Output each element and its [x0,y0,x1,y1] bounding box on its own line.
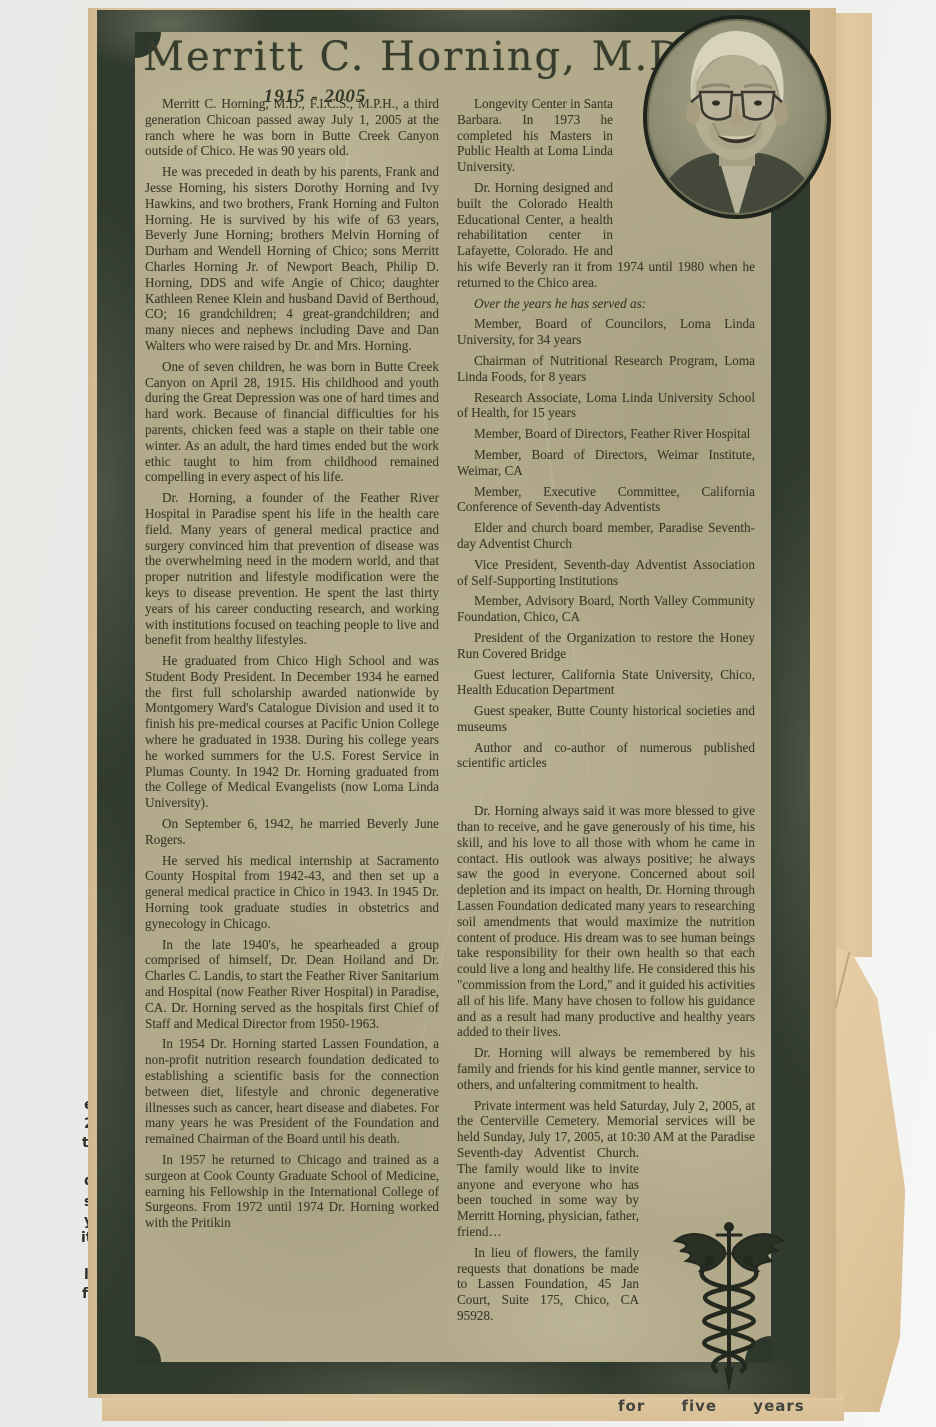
left-column: Merritt C. Horning, M.D., F.I.C.S., M.P.… [145,96,439,1236]
service-item: Member, Board of Directors, Weimar Insti… [457,447,755,479]
service-item: Member, Board of Directors, Feather Rive… [457,426,755,442]
backing-paper-fold [826,948,912,1412]
obituary-paragraph: In 1957 he returned to Chicago and train… [145,1152,439,1231]
obituary-paragraph: He served his medical internship at Sacr… [145,853,439,932]
service-item: Guest speaker, Butte County historical s… [457,703,755,735]
page-title: Merritt C. Horning, M.D. [143,34,663,80]
service-item: Chairman of Nutritional Research Program… [457,353,755,385]
service-item: Vice President, Seventh-day Adventist As… [457,557,755,589]
obituary-paragraph: Merritt C. Horning, M.D., F.I.C.S., M.P.… [145,96,439,159]
obituary-paragraph: Dr. Horning always said it was more bles… [457,803,755,1040]
service-item: Member, Board of Councilors, Loma Linda … [457,316,755,348]
served-as-heading: Over the years he has served as: [457,296,755,312]
service-item: Member, Advisory Board, North Valley Com… [457,593,755,625]
obituary-paragraph: One of seven children, he was born in Bu… [145,359,439,485]
obituary-paragraph: Private interment was held Saturday, Jul… [457,1098,755,1240]
service-item: Research Associate, Loma Linda Universit… [457,390,755,422]
portrait-photo-graphic [640,14,834,220]
service-item: President of the Organization to restore… [457,630,755,662]
scanned-obituary-page: { "page": { "clipping": { "title": "Merr… [0,0,936,1427]
obituary-clipping: Merritt C. Horning, M.D. 1915 - 2005 Mer… [88,8,836,1398]
portrait-photo [640,14,834,220]
backing-paper-strip [833,13,872,957]
masthead: Merritt C. Horning, M.D. [143,34,663,80]
right-column: Longevity Center in Santa Barbara. In 19… [457,96,755,1329]
obituary-paragraph: In 1954 Dr. Horning started Lassen Found… [145,1036,439,1147]
obituary-paragraph: Dr. Horning will always be remembered by… [457,1045,755,1092]
clipping-panel: Merritt C. Horning, M.D. 1915 - 2005 Mer… [135,32,771,1362]
service-item: Elder and church board member, Paradise … [457,520,755,552]
obituary-paragraph: In the late 1940's, he spearheaded a gro… [145,937,439,1032]
obituary-paragraph: Dr. Horning, a founder of the Feather Ri… [145,490,439,648]
caduceus-icon [670,1220,788,1392]
service-item: Member, Executive Committee, California … [457,484,755,516]
caduceus-graphic [670,1220,788,1392]
bottom-text-fragment: for five years [618,1397,805,1415]
service-item: Guest lecturer, California State Univers… [457,667,755,699]
corner-ornament [135,1336,161,1362]
obituary-paragraph: He was preceded in death by his parents,… [145,164,439,354]
obituary-paragraph: He graduated from Chico High School and … [145,653,439,811]
service-item: Author and co-author of numerous publish… [457,740,755,772]
obituary-paragraph: On September 6, 1942, he married Beverly… [145,816,439,848]
